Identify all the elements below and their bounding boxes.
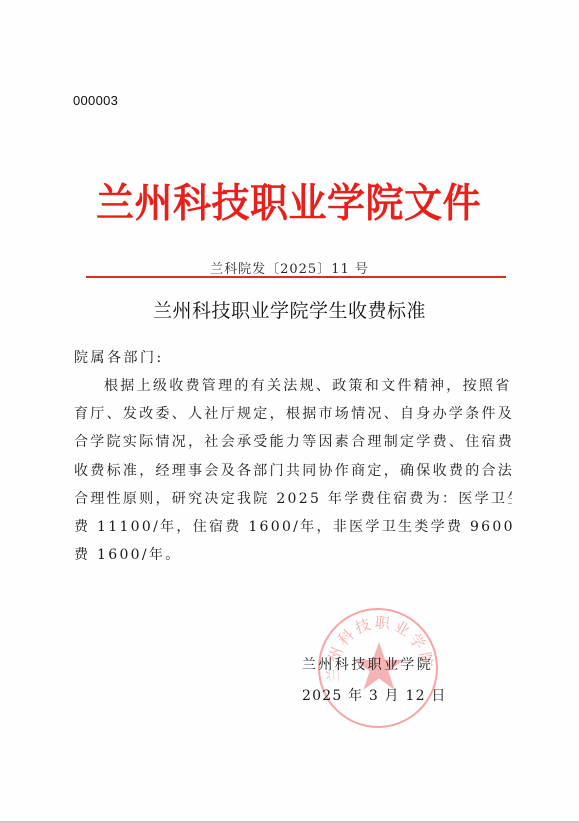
issuer-signature: 兰州科技职业学院 — [302, 654, 433, 674]
body-line: 费 1600/年。 — [74, 541, 512, 569]
body-line: 合理性原则，研究决定我院 2025 年学费住宿费为：医学卫生类学 — [74, 485, 512, 513]
document-serial-number: 000003 — [73, 93, 118, 108]
body-line: 育厅、发改委、人社厅规定，根据市场情况、自身办学条件及结 — [74, 400, 512, 428]
issue-date: 2025 年 3 月 12 日 — [302, 685, 447, 705]
body-line: 费 11100/年，住宿费 1600/年，非医学卫生类学费 9600/年，住宿 — [74, 513, 512, 541]
body-line: 收费标准，经理事会及各部门共同协作商定，确保收费的合法, — [74, 457, 512, 485]
salutation: 院属各部门: — [74, 347, 164, 367]
document-number: 兰科院发〔2025〕11 号 — [0, 258, 579, 277]
body-paragraph: 根据上级收费管理的有关法规、政策和文件精神，按照省教 育厅、发改委、人社厅规定，… — [74, 372, 512, 569]
body-line: 根据上级收费管理的有关法规、政策和文件精神，按照省教 — [74, 372, 512, 400]
document-title: 兰州科技职业学院学生收费标准 — [0, 296, 579, 323]
red-divider-line — [86, 276, 506, 278]
document-page: 000003 兰州科技职业学院文件 兰科院发〔2025〕11 号 兰州科技职业学… — [0, 0, 579, 823]
masthead-title: 兰州科技职业学院文件 — [96, 176, 496, 231]
body-line: 合学院实际情况，社会承受能力等因素合理制定学费、住宿费等 — [74, 428, 512, 456]
